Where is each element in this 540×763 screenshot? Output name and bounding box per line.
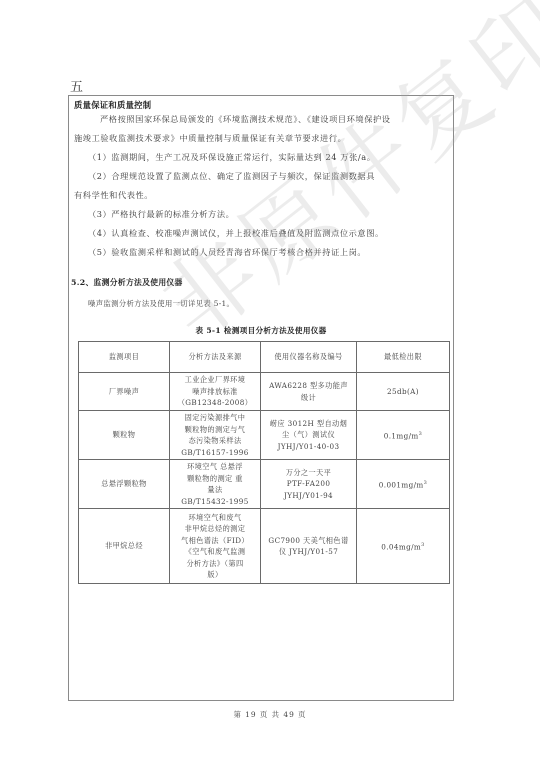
cell-item: 总悬浮颗粒物 [79, 460, 170, 509]
cell-item: 厂界噪声 [79, 373, 170, 411]
cell-limit: 25db(A) [357, 373, 450, 411]
cell-instrument: 万分之一天平 PTF-FA200 JYHJ/Y01-94 [261, 460, 357, 509]
cell-method: 固定污染源排气中 颗粒物的测定与气 态污染物采样法 GB/T16157-1996 [170, 411, 261, 460]
table-row: 总悬浮颗粒物 环境空气 总悬浮 颗粒物的测定 重 量法 GB/T15432-19… [79, 460, 450, 509]
cell-limit: 0.001mg/m3 [357, 460, 450, 509]
subsection-text: 噪声监测分析方法及使用一切详见表 5-1。 [88, 298, 234, 309]
cell-instrument: 崂应 3012H 型自动烟 尘（气）测试仪 JYHJ/Y01-40-03 [261, 411, 357, 460]
table-row: 非甲烷总烃 环境空气和废气 非甲烷总烃的测定 气相色谱法（FID） 《空气和废气… [79, 509, 450, 584]
cell-limit: 0.1mg/m3 [357, 411, 450, 460]
qc-item-2: （2）合理规范设置了监测点位、确定了监测因子与频次，保证监测数据具 [74, 167, 450, 186]
cell-item: 非甲烷总烃 [79, 509, 170, 584]
header-limit: 最低检出限 [357, 342, 450, 373]
header-method: 分析方法及来源 [170, 342, 261, 373]
subsection-heading: 5.2、监测分析方法及使用仪器 [71, 277, 183, 288]
page-number-footer: 第 19 页 共 49 页 [0, 709, 540, 720]
header-instrument: 使用仪器名称及编号 [261, 342, 357, 373]
qc-item-5: （5）验收监测采样和测试的人员经青海省环保厅考核合格并持证上岗。 [74, 243, 450, 262]
qc-item-3: （3）严格执行最新的标准分析方法。 [74, 205, 450, 224]
cell-limit: 0.04mg/m3 [357, 509, 450, 584]
methods-table: 监测项目 分析方法及来源 使用仪器名称及编号 最低检出限 厂界噪声 工业企业厂界… [78, 341, 450, 584]
section-number: 五 [70, 76, 83, 95]
intro-line-1: 严格按照国家环保总局颁发的《环境监测技术规范》、《建设项目环境保护设 [74, 110, 450, 129]
qc-item-2-cont: 有科学性和代表性。 [74, 186, 450, 205]
cell-method: 环境空气 总悬浮 颗粒物的测定 重 量法 GB/T15432-1995 [170, 460, 261, 509]
qc-item-1: （1）监测期间，生产工况及环保设施正常运行，实际量达到 24 万张/a。 [74, 148, 450, 167]
qc-item-4: （4）认真检查、校准噪声测试仪，并上报校准后叠值及附监测点位示意图。 [74, 224, 450, 243]
cell-instrument: AWA6228 型多功能声 级计 [261, 373, 357, 411]
table-header-row: 监测项目 分析方法及来源 使用仪器名称及编号 最低检出限 [79, 342, 450, 373]
table-row: 颗粒物 固定污染源排气中 颗粒物的测定与气 态污染物采样法 GB/T16157-… [79, 411, 450, 460]
cell-instrument: GC7900 天美气相色谱 仪 JYHJ/Y01-57 [261, 509, 357, 584]
table-caption: 表 5-1 检测项目分析方法及使用仪器 [69, 325, 453, 336]
cell-item: 颗粒物 [79, 411, 170, 460]
content-frame: 质量保证和质量控制 严格按照国家环保总局颁发的《环境监测技术规范》、《建设项目环… [68, 95, 454, 701]
cell-method: 工业企业厂界环境 噪声排放标准 （GB12348-2008） [170, 373, 261, 411]
table-row: 厂界噪声 工业企业厂界环境 噪声排放标准 （GB12348-2008） AWA6… [79, 373, 450, 411]
intro-line-2: 施竣工验收监测技术要求》中质量控制与质量保证有关章节要求进行。 [74, 129, 450, 148]
cell-method: 环境空气和废气 非甲烷总烃的测定 气相色谱法（FID） 《空气和废气监测 分析方… [170, 509, 261, 584]
header-item: 监测项目 [79, 342, 170, 373]
